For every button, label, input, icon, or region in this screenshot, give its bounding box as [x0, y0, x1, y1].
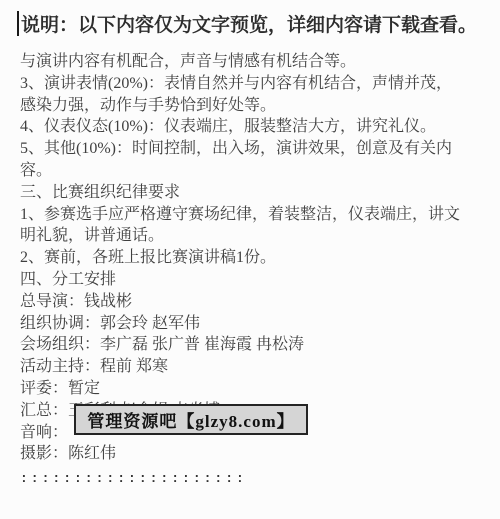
doc-line: 总导演：钱战彬 — [20, 291, 492, 313]
dotted-line: ::::::::::::::::::::: — [20, 468, 492, 490]
doc-line: 摄影：陈红伟 — [20, 443, 492, 465]
doc-line: 评委：暂定 — [20, 378, 492, 400]
doc-line: 四、分工安排 — [20, 269, 492, 291]
doc-line: 4、仪表仪态(10%)：仪表端庄，服装整洁大方，讲究礼仪。 — [20, 116, 492, 138]
doc-line: 容。 — [20, 160, 492, 182]
doc-line: 3、演讲表情(20%)：表情自然并与内容有机结合，声情并茂， — [20, 73, 492, 95]
doc-line: 活动主持：程前 郑寒 — [20, 356, 492, 378]
doc-line: 组织协调：郭会玲 赵军伟 — [20, 313, 492, 335]
text-cursor — [17, 11, 19, 36]
watermark-badge: 管理资源吧【glzy8.com】 — [74, 404, 308, 435]
preview-notice-text: 说明：以下内容仅为文字预览，详细内容请下载查看。 — [21, 10, 477, 37]
doc-line: 5、其他(10%)：时间控制，出入场，演讲效果，创意及有关内 — [20, 138, 492, 160]
doc-line: 会场组织：李广磊 张广普 崔海霞 冉松涛 — [20, 334, 492, 356]
doc-line: 1、参赛选手应严格遵守赛场纪律，着装整洁，仪表端庄，讲文 — [20, 204, 492, 226]
doc-line: 三、比赛组织纪律要求 — [20, 182, 492, 204]
doc-line: 明礼貌，讲普通话。 — [20, 225, 492, 247]
doc-line: 与演讲内容有机配合，声音与情感有机结合等。 — [20, 51, 492, 73]
preview-notice-bar: 说明：以下内容仅为文字预览，详细内容请下载查看。 — [17, 10, 477, 37]
doc-line: 感染力强，动作与手势恰到好处等。 — [20, 95, 492, 117]
doc-line: 2、赛前，各班上报比赛演讲稿1份。 — [20, 247, 492, 269]
watermark-text: 管理资源吧【glzy8.com】 — [87, 407, 294, 432]
